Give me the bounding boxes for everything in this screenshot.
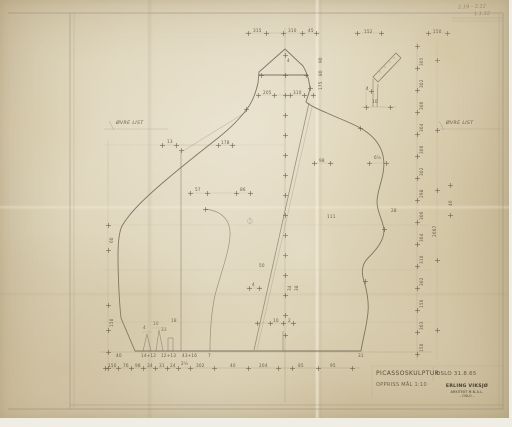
dim-label: 152 bbox=[364, 30, 373, 34]
dim-label: 80 bbox=[319, 70, 323, 76]
dim-label: 31 bbox=[358, 354, 364, 358]
tick-mark bbox=[283, 173, 288, 178]
tick-mark bbox=[188, 366, 193, 371]
tick-mark bbox=[141, 366, 146, 371]
tick-mark bbox=[205, 191, 210, 196]
dim-label: 150 bbox=[108, 364, 117, 368]
dim-label: 90 bbox=[319, 57, 323, 63]
corner-note-2: 1.1.12 bbox=[474, 11, 490, 18]
tick-mark bbox=[106, 303, 111, 308]
dim-label: 310 bbox=[288, 29, 297, 33]
dim-label: 95 bbox=[330, 364, 336, 368]
construction-lines bbox=[100, 28, 503, 402]
dim-label: 38 bbox=[295, 285, 299, 291]
dim-label: 175 bbox=[319, 81, 323, 90]
dim-label: 57 bbox=[195, 188, 201, 192]
tick-mark bbox=[302, 93, 307, 98]
tick-mark bbox=[448, 183, 453, 188]
tick-mark bbox=[230, 143, 235, 148]
tick-mark bbox=[179, 148, 184, 153]
tick-mark bbox=[291, 321, 296, 326]
dim-label: 86 bbox=[240, 188, 246, 192]
dim-label: 310 bbox=[293, 91, 302, 95]
tick-mark bbox=[281, 31, 286, 36]
tick-mark bbox=[129, 366, 134, 371]
tick-mark bbox=[312, 161, 317, 166]
tick-mark bbox=[106, 248, 111, 253]
dim-label: 150 bbox=[420, 343, 424, 352]
tick-mark bbox=[415, 176, 420, 181]
tick-mark bbox=[311, 93, 316, 98]
tick-mark bbox=[388, 105, 393, 110]
tick-mark bbox=[153, 366, 158, 371]
tick-mark bbox=[246, 366, 251, 371]
tick-mark bbox=[415, 242, 420, 247]
tick-mark bbox=[363, 279, 368, 284]
dim-label: 178 bbox=[221, 141, 230, 145]
dim-label: 45 bbox=[308, 29, 314, 33]
tick-mark bbox=[283, 273, 288, 278]
dim-label: 98 bbox=[135, 364, 141, 368]
dim-label: 4 bbox=[143, 326, 146, 330]
dim-label: 18 bbox=[171, 319, 177, 323]
drawing-subtitle: OPPRISS MÅL 1:10 bbox=[376, 382, 427, 388]
tick-mark bbox=[448, 213, 453, 218]
tick-mark bbox=[316, 366, 321, 371]
drawing-location-date: OSLO 31.8.65 bbox=[436, 371, 477, 377]
tick-mark bbox=[259, 73, 264, 78]
tick-mark bbox=[415, 264, 420, 269]
tick-mark bbox=[165, 366, 170, 371]
dim-label: 150 bbox=[433, 30, 442, 34]
tick-mark bbox=[435, 188, 440, 193]
tick-mark bbox=[103, 366, 108, 371]
tick-mark bbox=[350, 366, 355, 371]
dim-label: 2607 bbox=[433, 226, 437, 237]
dim-label: 12+13 bbox=[161, 354, 176, 358]
tick-mark bbox=[435, 328, 440, 333]
tick-mark bbox=[300, 31, 305, 36]
tick-mark bbox=[445, 31, 450, 36]
sheet-border bbox=[8, 13, 503, 409]
dim-label: 34 bbox=[288, 285, 292, 291]
tick-mark bbox=[435, 258, 440, 263]
dim-label: 46 bbox=[449, 200, 453, 206]
dim-label: 150 bbox=[110, 318, 114, 327]
tick-mark bbox=[415, 308, 420, 313]
tick-mark bbox=[288, 93, 293, 98]
tick-mark bbox=[426, 31, 431, 36]
tick-mark bbox=[283, 213, 288, 218]
dim-label: 50 bbox=[259, 264, 265, 268]
dim-label: 98 bbox=[319, 159, 325, 163]
tick-mark bbox=[415, 110, 420, 115]
title-block: PICASSOSKULPTUR OSLO 31.8.65 OPPRISS MÅL… bbox=[372, 366, 502, 406]
tick-mark bbox=[281, 321, 286, 326]
tick-mark bbox=[248, 191, 253, 196]
tick-mark bbox=[244, 107, 249, 112]
dim-label: 33 bbox=[161, 328, 167, 332]
dim-label: 40 bbox=[230, 364, 236, 368]
dim-label: 60 bbox=[110, 237, 114, 243]
tick-mark bbox=[272, 93, 277, 98]
dim-label: 34 bbox=[147, 364, 153, 368]
dim-label: 302 bbox=[420, 277, 424, 286]
dim-label: 303 bbox=[420, 321, 424, 330]
scanned-drawing-page: { "sheet": { "corner_note_1": "2.19 – 2.… bbox=[0, 0, 512, 427]
tick-mark bbox=[415, 198, 420, 203]
tick-mark bbox=[384, 161, 389, 166]
tick-mark bbox=[367, 161, 372, 166]
dim-label: 6½ bbox=[374, 156, 381, 160]
dim-label: 4 bbox=[366, 87, 369, 91]
tick-mark bbox=[283, 113, 288, 118]
tick-mark bbox=[415, 286, 420, 291]
tick-mark bbox=[234, 191, 239, 196]
tick-mark bbox=[283, 53, 288, 58]
dim-label: 204 bbox=[259, 364, 268, 368]
tick-mark bbox=[358, 126, 363, 131]
tick-mark bbox=[415, 352, 420, 357]
tick-mark bbox=[328, 161, 333, 166]
dim-label: 300 bbox=[420, 145, 424, 154]
dim-label: 156 bbox=[420, 299, 424, 308]
dim-label: 43+16 bbox=[182, 354, 197, 358]
right-batten-label: ØVRE LIST bbox=[446, 121, 474, 126]
tick-mark bbox=[415, 88, 420, 93]
tick-mark bbox=[355, 31, 360, 36]
corner-note-1: 2.19 – 2.12 bbox=[458, 4, 486, 11]
dim-label: 302 bbox=[420, 79, 424, 88]
tick-mark bbox=[435, 128, 440, 133]
tick-mark bbox=[415, 154, 420, 159]
tick-mark bbox=[369, 89, 374, 94]
tick-mark bbox=[435, 58, 440, 63]
tick-mark bbox=[314, 31, 319, 36]
dim-label: 10 bbox=[372, 100, 378, 104]
tick-mark bbox=[283, 333, 288, 338]
dim-label: 31 bbox=[159, 364, 165, 368]
tick-mark bbox=[415, 44, 420, 49]
dim-label: 302 bbox=[196, 364, 205, 368]
tick-mark bbox=[160, 143, 165, 148]
dim-label: 305 bbox=[420, 57, 424, 66]
tick-mark bbox=[283, 133, 288, 138]
tick-mark bbox=[283, 153, 288, 158]
dim-label: 4 bbox=[287, 59, 290, 63]
dim-label: 4 bbox=[252, 283, 255, 287]
figure-outline bbox=[118, 49, 384, 351]
dim-label: 304 bbox=[420, 123, 424, 132]
dim-label: 10 bbox=[273, 319, 279, 323]
tick-mark bbox=[256, 93, 261, 98]
tick-mark bbox=[308, 86, 313, 91]
dim-label: 28 bbox=[391, 209, 397, 213]
tick-mark bbox=[283, 73, 288, 78]
tick-mark bbox=[283, 293, 288, 298]
dim-label: 85 bbox=[298, 364, 304, 368]
dim-label: 10 bbox=[153, 322, 159, 326]
dim-label: 14+12 bbox=[141, 354, 156, 358]
tick-mark bbox=[379, 31, 384, 36]
tick-mark bbox=[216, 143, 221, 148]
tick-mark bbox=[415, 132, 420, 137]
dim-label: 13 bbox=[167, 140, 173, 144]
tick-mark bbox=[246, 31, 251, 36]
drawing-title: PICASSOSKULPTUR bbox=[376, 370, 439, 377]
tick-mark bbox=[283, 313, 288, 318]
pencil-linework bbox=[0, 0, 512, 427]
tick-mark bbox=[382, 227, 387, 232]
tick-mark bbox=[283, 193, 288, 198]
tick-mark bbox=[188, 191, 193, 196]
tick-mark bbox=[283, 233, 288, 238]
dim-label: 40 bbox=[116, 354, 122, 358]
tick-mark bbox=[283, 253, 288, 258]
dim-label: 298 bbox=[420, 189, 424, 198]
architect-stamp: ERLING VIKSJØ ARKITEKT M.N.A.L. – OSLO – bbox=[438, 384, 496, 398]
tick-mark bbox=[304, 73, 309, 78]
drawing-sheet: 315310451521504205310908017510413178986½… bbox=[0, 0, 509, 418]
dim-label: 2½ bbox=[181, 362, 188, 366]
dim-label: 310 bbox=[420, 255, 424, 264]
dim-label: 111 bbox=[327, 215, 336, 219]
tick-mark bbox=[290, 366, 295, 371]
tick-mark bbox=[106, 350, 111, 355]
tick-mark bbox=[415, 330, 420, 335]
tick-mark bbox=[257, 286, 262, 291]
dim-label: 315 bbox=[253, 29, 262, 33]
tick-mark bbox=[212, 366, 217, 371]
tick-mark bbox=[203, 207, 208, 212]
dim-label: 306 bbox=[420, 211, 424, 220]
tick-mark bbox=[176, 366, 181, 371]
left-batten-label: ØVRE LIST bbox=[116, 121, 144, 126]
tick-mark bbox=[364, 105, 369, 110]
dim-label: 76 bbox=[123, 364, 129, 368]
tick-mark bbox=[106, 223, 111, 228]
dim-label: 2 bbox=[288, 319, 291, 323]
stamp-name: ERLING VIKSJØ bbox=[438, 384, 496, 390]
tick-mark bbox=[415, 220, 420, 225]
tick-mark bbox=[415, 66, 420, 71]
tick-mark bbox=[255, 321, 260, 326]
dim-label: 24 bbox=[170, 364, 176, 368]
tick-mark bbox=[276, 366, 281, 371]
dim-label: 306 bbox=[420, 101, 424, 110]
stamp-line3: – OSLO – bbox=[438, 394, 496, 398]
dim-label: 304 bbox=[420, 233, 424, 242]
tick-mark bbox=[264, 31, 269, 36]
tick-mark bbox=[247, 286, 252, 291]
tick-mark bbox=[106, 328, 111, 333]
dim-label: 205 bbox=[263, 91, 272, 95]
dim-label: 7 bbox=[208, 354, 211, 358]
tick-mark bbox=[268, 321, 273, 326]
dim-label: 302 bbox=[420, 167, 424, 176]
